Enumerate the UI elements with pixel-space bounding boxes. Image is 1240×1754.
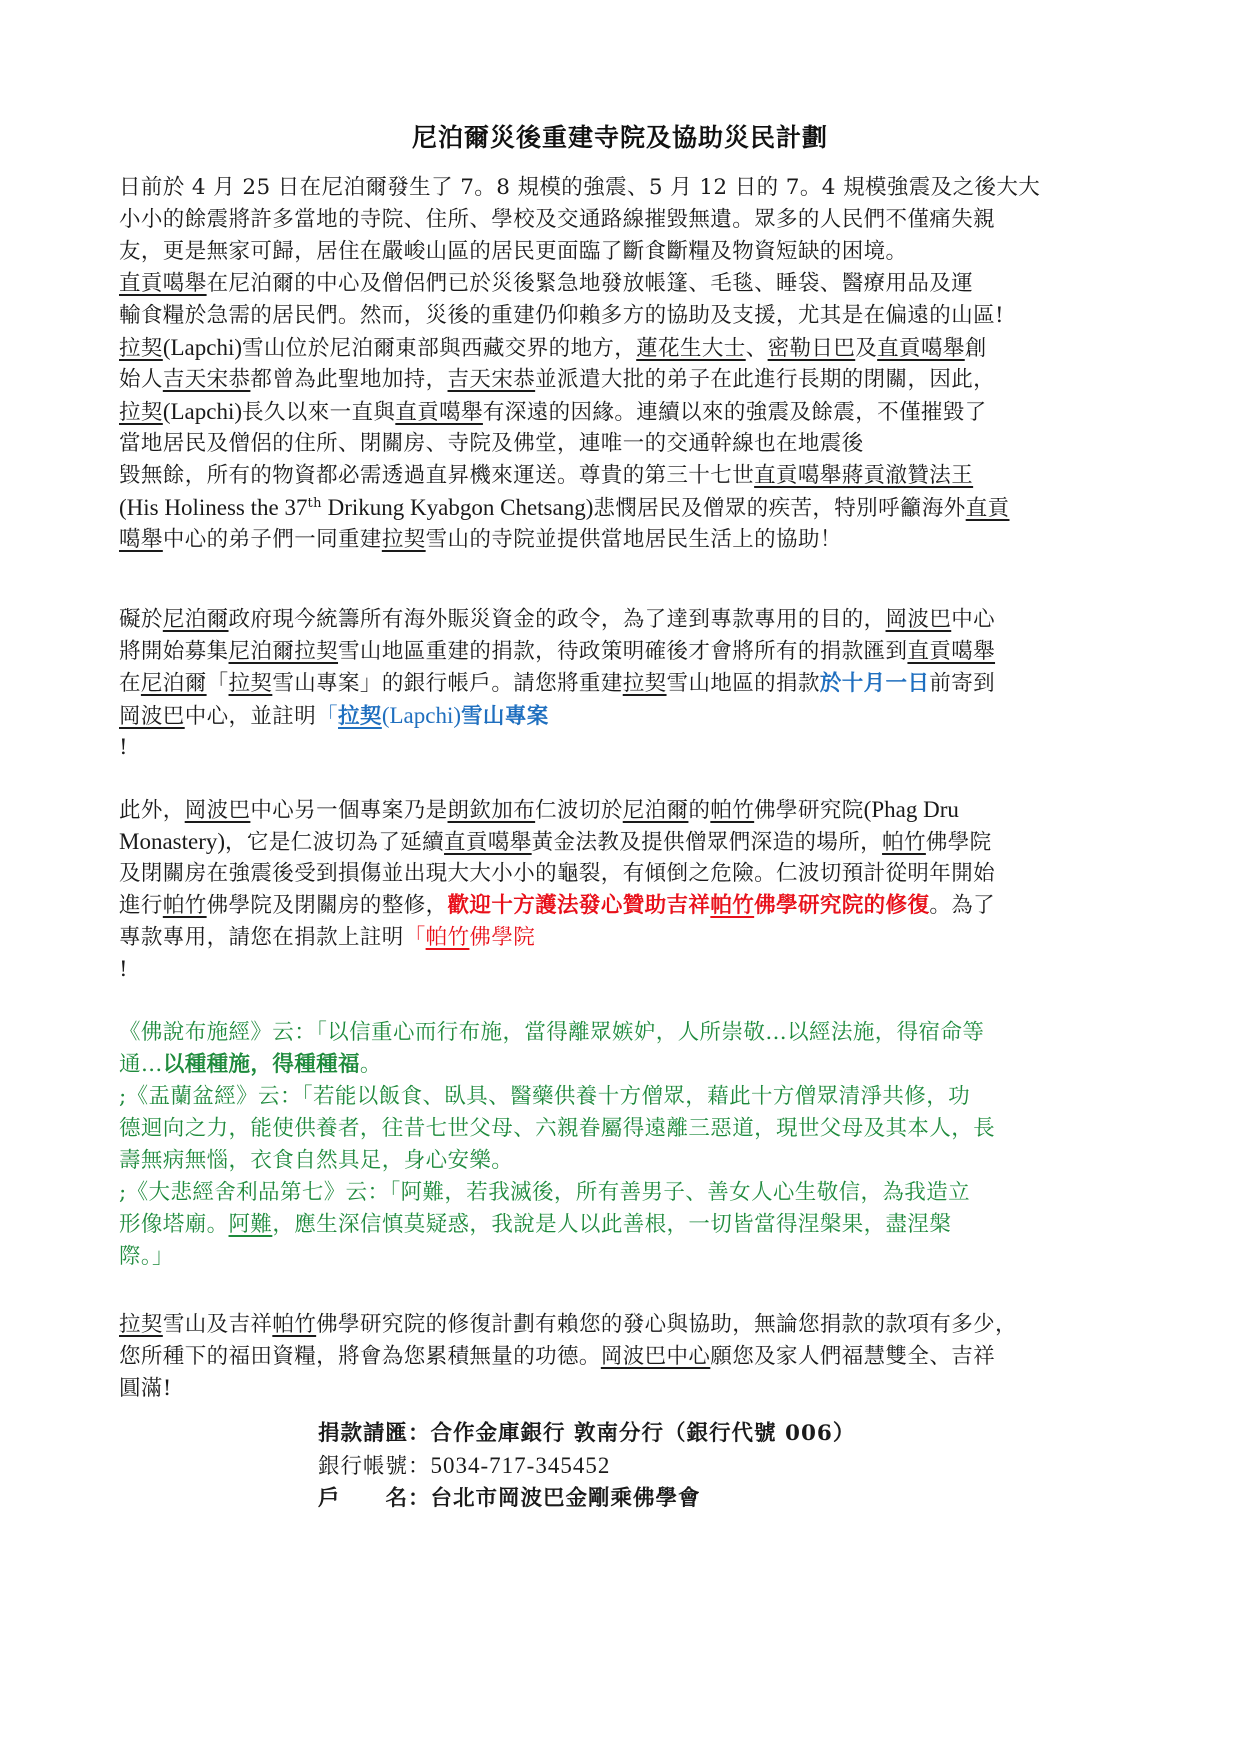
underlined-term: 岡波巴 (185, 798, 251, 823)
text-run: ! (119, 735, 128, 760)
text-line: 《佛說布施經》云：「以信重心而行布施，當得離眾嫉妒，人所崇敬…以經法施，得宿命等 (119, 1017, 1119, 1049)
text-run: 的 (688, 798, 710, 823)
text-line: 始人吉天宋恭都曾為此聖地加持，吉天宋恭並派遣大批的弟子在此進行長期的閉關，因此， (119, 364, 1119, 396)
text-run: 佛學研究院 (754, 798, 864, 823)
text-run: 並派遣大批的弟子在此進行長期的閉關，因此， (535, 367, 995, 392)
highlighted-text: 佛學研究院的修復 (754, 893, 929, 918)
underlined-term: 阿難 (229, 1212, 273, 1237)
text-run: 有深遠的因緣。連續以來的強震及餘震，不僅摧毀了 (483, 400, 987, 425)
underlined-term: 岡波巴 (886, 607, 952, 632)
underlined-term: 蓮花生大士 (636, 336, 746, 361)
underlined-term: 拉契 (119, 1312, 163, 1337)
underlined-term: 拉契 (382, 527, 426, 552)
text-run: ;《大悲經舍利品第七》云：「阿難，若我滅後，所有善男子、善女人心生敬信，為我造立 (119, 1180, 970, 1205)
bank-remit-label: 捐款請匯： (318, 1418, 431, 1450)
paragraph-sutra-quotes: 《佛說布施經》云：「以信重心而行布施，當得離眾嫉妒，人所崇敬…以經法施，得宿命等… (119, 1017, 1119, 1273)
underlined-term: 帕竹 (882, 830, 926, 855)
text-run: 小小的餘震將許多當地的寺院、住所、學校及交通路線摧毀無遺。眾多的人民們不僅痛失親 (119, 207, 995, 232)
underlined-term: 帕竹 (426, 925, 470, 950)
text-run: 友，更是無家可歸，居住在嚴峻山區的居民更面臨了斷食斷糧及物資短缺的困境。 (119, 239, 907, 264)
text-run: 始人 (119, 367, 163, 392)
text-run: 。為了 (929, 893, 995, 918)
text-run: 雪山位於尼泊爾東部與西藏交界的地方， (242, 336, 636, 361)
text-run: 中心的弟子們一同重建 (163, 527, 382, 552)
bank-remit-row: 捐款請匯：合作金庫銀行 敦南分行（銀行代號 006） (318, 1418, 855, 1450)
text-run: (His Holiness the 37 (119, 495, 307, 520)
underlined-term: 帕竹 (710, 893, 754, 918)
underlined-term: 直貢噶舉 (119, 271, 207, 296)
text-run: 壽無病無惱，衣食自然具足，身心安樂。 (119, 1148, 513, 1173)
text-run: 礙於 (119, 607, 163, 632)
text-line: 拉契(Lapchi)長久以來一直與直貢噶舉有深遠的因緣。連續以來的強震及餘震，不… (119, 396, 1119, 428)
text-line: 毀無餘，所有的物資都必需透過直昇機來運送。尊貴的第三十七世直貢噶舉蔣貢澈贊法王 (119, 460, 1119, 492)
highlighted-text: 「 (316, 704, 338, 729)
text-line: 德迴向之力，能使供養者，往昔七世父母、六親眷屬得遠離三惡道，現世父母及其本人，長 (119, 1113, 1119, 1145)
bank-account-name-row: 戶 名：台北市岡波巴金剛乘佛學會 (318, 1483, 855, 1515)
highlighted-text: 於十月一日 (820, 671, 930, 696)
text-line: 您所種下的福田資糧，將會為您累積無量的功德。岡波巴中心願您及家人們福慧雙全、吉祥 (119, 1341, 1119, 1373)
text-run: ;《盂蘭盆經》云：「若能以飯食、臥具、醫藥供養十方僧眾，藉此十方僧眾清淨共修，功 (119, 1084, 970, 1109)
text-run: 雪山地區的捐款 (667, 671, 820, 696)
underlined-term: 帕竹 (272, 1312, 316, 1337)
underlined-term: 尼泊爾 (623, 798, 689, 823)
underlined-term: 直貢噶舉 (444, 830, 532, 855)
underlined-term: 直貢噶舉 (877, 336, 965, 361)
text-run: Monastery) (119, 829, 225, 854)
text-run: 德迴向之力，能使供養者，往昔七世父母、六親眷屬得遠離三惡道，現世父母及其本人，長 (119, 1116, 995, 1141)
text-run: (Lapchi) (163, 335, 242, 360)
paragraph-lapchi-fund: 礙於尼泊爾政府現今統籌所有海外賑災資金的政令，為了達到專款專用的目的，岡波巴中心… (119, 604, 1119, 764)
text-line: ;《大悲經舍利品第七》云：「阿難，若我滅後，所有善男子、善女人心生敬信，為我造立 (119, 1177, 1119, 1209)
text-line: 通…以種種施，得種種福。 (119, 1049, 1119, 1081)
text-run: 雪山及吉祥 (163, 1312, 273, 1337)
text-line: 當地居民及僧侶的住所、閉關房、寺院及佛堂，連唯一的交通幹線也在地震後 (119, 428, 1119, 460)
text-run: 形像塔廟。 (119, 1212, 229, 1237)
text-run: 雪山的寺院並提供當地居民生活上的協助！ (426, 527, 842, 552)
text-line: 際。」 (119, 1241, 1119, 1273)
text-run: 都曾為此聖地加持， (250, 367, 447, 392)
text-run: 日前於 4 月 25 日在尼泊爾發生了 7。8 規模的強震、5 月 12 日的 … (119, 175, 1040, 200)
text-line: 形像塔廟。阿難，應生深信慎莫疑惑，我說是人以此善根，一切皆當得涅槃果，盡涅槃 (119, 1209, 1119, 1241)
text-line: 輸食糧於急需的居民們。然而，災後的重建仍仰賴多方的協助及支援，尤其是在偏遠的山區… (119, 300, 1119, 332)
text-run: 在尼泊爾的中心及僧侶們已於災後緊急地發放帳篷、毛毯、睡袋、醫療用品及運 (207, 271, 974, 296)
underlined-term: 吉天宋恭 (448, 367, 536, 392)
bank-account-name-label: 戶 名： (318, 1483, 431, 1515)
underlined-term: 直貢噶舉 (907, 639, 995, 664)
text-run: 輸食糧於急需的居民們。然而，災後的重建仍仰賴多方的協助及支援，尤其是在偏遠的山區… (119, 303, 1004, 328)
text-run: 。 (360, 1052, 382, 1077)
text-run: 在 (119, 671, 141, 696)
text-line: 礙於尼泊爾政府現今統籌所有海外賑災資金的政令，為了達到專款專用的目的，岡波巴中心 (119, 604, 1119, 636)
text-line: 圓滿! (119, 1373, 1119, 1405)
document-page: 尼泊爾災後重建寺院及協助災民計劃 日前於 4 月 25 日在尼泊爾發生了 7。8… (0, 0, 1240, 1754)
underlined-term: 尼泊爾 (141, 671, 207, 696)
underlined-term: 岡波巴 (119, 704, 185, 729)
text-line: 進行帕竹佛學院及閉關房的整修，歡迎十方護法發心贊助吉祥帕竹佛學研究院的修復。為了 (119, 890, 1119, 922)
text-run: ! (119, 957, 128, 982)
text-run: 中心另一個專案乃是 (250, 798, 447, 823)
underlined-term: 噶舉 (119, 527, 163, 552)
text-run: 仁波切於 (535, 798, 623, 823)
text-line: (His Holiness the 37th Drikung Kyabgon C… (119, 492, 1119, 524)
text-run: 當地居民及僧侶的住所、閉關房、寺院及佛堂，連唯一的交通幹線也在地震後 (119, 431, 864, 456)
text-line: 噶舉中心的弟子們一同重建拉契雪山的寺院並提供當地居民生活上的協助！ (119, 524, 1119, 556)
text-line: ;《盂蘭盆經》云：「若能以飯食、臥具、醫藥供養十方僧眾，藉此十方僧眾清淨共修，功 (119, 1081, 1119, 1113)
text-run: 進行 (119, 893, 163, 918)
text-line: 及閉關房在強震後受到損傷並出現大大小小的龜裂，有傾倒之危險。仁波切預計從明年開始 (119, 858, 1119, 890)
underlined-term: 尼泊爾拉契 (229, 639, 339, 664)
text-run: ，它是仁波切為了延續 (225, 830, 444, 855)
paragraph-phagdru: 此外，岡波巴中心另一個專案乃是朗欽加布仁波切於尼泊爾的帕竹佛學研究院(Phag … (119, 794, 1119, 986)
text-run: 將開始募集 (119, 639, 229, 664)
highlighted-text: 雪山專案 (461, 704, 549, 729)
text-line: 小小的餘震將許多當地的寺院、住所、學校及交通路線摧毀無遺。眾多的人民們不僅痛失親 (119, 204, 1119, 236)
underlined-term: 拉契 (229, 671, 273, 696)
underlined-term: 帕竹 (163, 893, 207, 918)
underlined-term: 吉天宋恭 (163, 367, 251, 392)
text-run: (Lapchi) (163, 399, 242, 424)
text-run: 圓滿! (119, 1376, 172, 1401)
underlined-term: 拉契 (119, 400, 163, 425)
underlined-term: 岡波巴中心 (601, 1344, 711, 1369)
text-line: 將開始募集尼泊爾拉契雪山地區重建的捐款，待政策明確後才會將所有的捐款匯到直貢噶舉 (119, 636, 1119, 668)
text-run: 專款專用，請您在捐款上註明 (119, 925, 404, 950)
text-run: 黃金法教及提供僧眾們深造的場所， (532, 830, 882, 855)
underlined-term: 直貢噶舉 (395, 400, 483, 425)
text-run: 前寄到 (929, 671, 995, 696)
text-run: 際。」 (119, 1244, 174, 1269)
text-line: 拉契(Lapchi)雪山位於尼泊爾東部與西藏交界的地方，蓮花生大士、密勒日巴及直… (119, 332, 1119, 364)
underlined-term: 拉契 (338, 704, 382, 729)
underlined-term: 密勒日巴 (768, 336, 856, 361)
paragraph-intro: 日前於 4 月 25 日在尼泊爾發生了 7。8 規模的強震、5 月 12 日的 … (119, 172, 1119, 556)
text-run: 中心 (951, 607, 995, 632)
text-line: 日前於 4 月 25 日在尼泊爾發生了 7。8 規模的強震、5 月 12 日的 … (119, 172, 1119, 204)
text-run: 通… (119, 1052, 163, 1077)
text-run: 及 (855, 336, 877, 361)
text-line: 直貢噶舉在尼泊爾的中心及僧侶們已於災後緊急地發放帳篷、毛毯、睡袋、醫療用品及運 (119, 268, 1119, 300)
text-run: 悲憫居民及僧眾的疾苦，特別呼籲海外 (593, 496, 965, 521)
text-run: 毀無餘，所有的物資都必需透過直昇機來運送。尊貴的第三十七世 (119, 463, 754, 488)
text-run: 佛學院及閉關房的整修， (207, 893, 448, 918)
underlined-term: 朗欽加布 (448, 798, 536, 823)
text-run: th (307, 496, 321, 511)
text-line: 岡波巴中心，並註明「拉契(Lapchi)雪山專案 (119, 700, 1119, 732)
bank-account-label: 銀行帳號： (318, 1451, 431, 1483)
underlined-term: 直貢 (966, 496, 1010, 521)
bank-account-name-value: 台北市岡波巴金剛乘佛學會 (431, 1486, 701, 1511)
text-run: 此外， (119, 798, 185, 823)
bank-remit-value: 合作金庫銀行 敦南分行（銀行代號 006） (431, 1421, 856, 1446)
highlighted-text: 歡迎十方護法發心贊助吉祥 (448, 893, 711, 918)
underlined-term: 拉契 (623, 671, 667, 696)
text-run: 創 (965, 336, 987, 361)
text-line: 在尼泊爾「拉契雪山專案」的銀行帳戶。請您將重建拉契雪山地區的捐款於十月一日前寄到 (119, 668, 1119, 700)
text-run: 雪山地區重建的捐款，待政策明確後才會將所有的捐款匯到 (338, 639, 907, 664)
text-run: ，應生深信慎莫疑惑，我說是人以此善根，一切皆當得涅槃果，盡涅槃 (272, 1212, 951, 1237)
text-run: 願您及家人們福慧雙全、吉祥 (710, 1344, 995, 1369)
text-line: Monastery)，它是仁波切為了延續直貢噶舉黃金法教及提供僧眾們深造的場所，… (119, 826, 1119, 858)
text-run: 、 (746, 336, 768, 361)
text-run: 佛學研究院的修復計劃有賴您的發心與協助，無論您捐款的款項有多少， (316, 1312, 1017, 1337)
text-run: 《佛說布施經》云：「以信重心而行布施，當得離眾嫉妒，人所崇敬…以經法施，得宿命等 (119, 1020, 984, 1045)
text-run: 以種種施，得種種福 (163, 1052, 360, 1077)
text-run: 「 (207, 671, 229, 696)
text-run: (Phag Dru (864, 797, 959, 822)
text-line: ! (119, 732, 1119, 764)
text-run: 佛學院 (926, 830, 992, 855)
paragraph-closing: 拉契雪山及吉祥帕竹佛學研究院的修復計劃有賴您的發心與協助，無論您捐款的款項有多少… (119, 1309, 1119, 1405)
text-line: ! (119, 954, 1119, 986)
bank-account-number: 5034-717-345452 (431, 1453, 611, 1478)
highlighted-text: (Lapchi) (382, 703, 461, 728)
highlighted-text: 「 (404, 925, 426, 950)
bank-info: 捐款請匯：合作金庫銀行 敦南分行（銀行代號 006） 銀行帳號：5034-717… (318, 1418, 855, 1515)
highlighted-text: 佛學院 (469, 925, 535, 950)
text-line: 專款專用，請您在捐款上註明「帕竹佛學院 (119, 922, 1119, 954)
document-title: 尼泊爾災後重建寺院及協助災民計劃 (0, 118, 1240, 154)
underlined-term: 拉契 (119, 336, 163, 361)
text-run: 您所種下的福田資糧，將會為您累積無量的功德。 (119, 1344, 601, 1369)
text-line: 拉契雪山及吉祥帕竹佛學研究院的修復計劃有賴您的發心與協助，無論您捐款的款項有多少… (119, 1309, 1119, 1341)
text-run: Drikung Kyabgon Chetsang) (322, 495, 594, 520)
underlined-term: 直貢噶舉蔣貢澈贊法王 (754, 463, 973, 488)
text-run: 政府現今統籌所有海外賑災資金的政令，為了達到專款專用的目的， (229, 607, 886, 632)
text-run: 長久以來一直與 (242, 400, 395, 425)
text-run: 及閉關房在強震後受到損傷並出現大大小小的龜裂，有傾倒之危險。仁波切預計從明年開始 (119, 861, 995, 886)
text-run: 雪山專案」的銀行帳戶。請您將重建 (272, 671, 622, 696)
text-line: 友，更是無家可歸，居住在嚴峻山區的居民更面臨了斷食斷糧及物資短缺的困境。 (119, 236, 1119, 268)
underlined-term: 帕竹 (710, 798, 754, 823)
text-run: 中心，並註明 (185, 704, 316, 729)
text-line: 壽無病無惱，衣食自然具足，身心安樂。 (119, 1145, 1119, 1177)
text-line: 此外，岡波巴中心另一個專案乃是朗欽加布仁波切於尼泊爾的帕竹佛學研究院(Phag … (119, 794, 1119, 826)
underlined-term: 尼泊爾 (163, 607, 229, 632)
bank-account-row: 銀行帳號：5034-717-345452 (318, 1450, 855, 1483)
